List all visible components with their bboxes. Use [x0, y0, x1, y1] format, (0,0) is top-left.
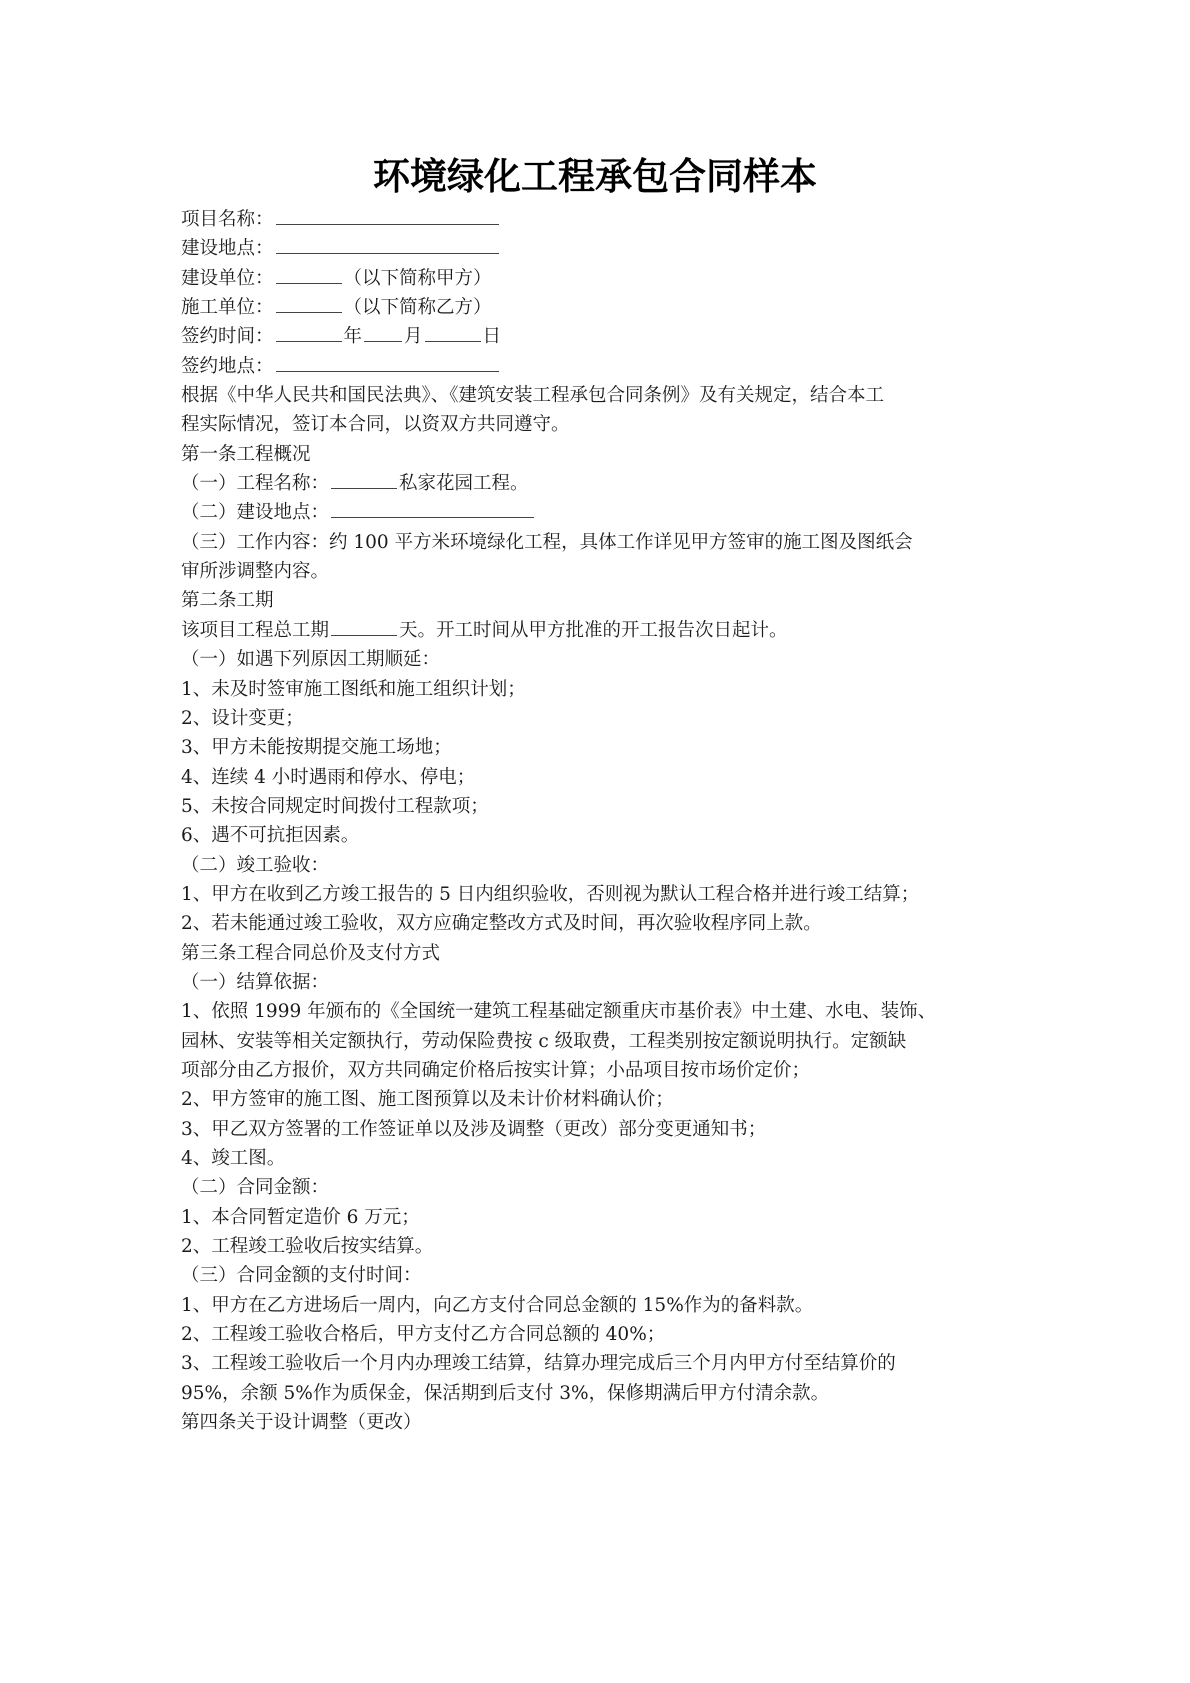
- field-sign-date: 签约时间：年月日: [181, 322, 1021, 351]
- list-item: 4、竣工图。: [181, 1144, 1021, 1173]
- blank-duration[interactable]: [331, 617, 397, 636]
- field-contractor-unit: 施工单位：（以下简称乙方）: [181, 293, 1021, 322]
- list-item: 2、工程竣工验收后按实结算。: [181, 1232, 1021, 1261]
- sub-heading: （一）如遇下列原因工期顺延：: [181, 645, 1021, 674]
- blank-year[interactable]: [276, 323, 342, 342]
- field-construction-site: 建设地点：: [181, 234, 1021, 263]
- field-client-unit: 建设单位：（以下简称甲方）: [181, 264, 1021, 293]
- document-body: 项目名称： 建设地点： 建设单位：（以下简称甲方） 施工单位：（以下简称乙方） …: [181, 205, 1021, 1437]
- list-item: 6、遇不可抗拒因素。: [181, 821, 1021, 850]
- list-item: 1、本合同暂定造价 6 万元；: [181, 1203, 1021, 1232]
- field-sign-place: 签约地点：: [181, 352, 1021, 381]
- field-label: 建设地点：: [181, 238, 274, 259]
- list-item: 1、甲方在收到乙方竣工报告的 5 日内组织验收，否则视为默认工程合格并进行竣工结…: [181, 880, 1021, 909]
- document-title: 环境绿化工程承包合同样本: [0, 152, 1190, 202]
- blank-sign-place[interactable]: [276, 353, 499, 372]
- list-item: 2、设计变更；: [181, 704, 1021, 733]
- article-heading: 第三条工程合同总价及支付方式: [181, 939, 1021, 968]
- duration-prefix: 该项目工程总工期: [181, 620, 329, 641]
- duration-line: 该项目工程总工期天。开工时间从甲方批准的开工报告次日起计。: [181, 616, 1021, 645]
- field-label: 建设单位：: [181, 268, 274, 289]
- list-item: 1、依照 1999 年颁布的《全国统一建筑工程基础定额重庆市基价表》中土建、水电…: [181, 997, 1021, 1026]
- blank-contractor-unit[interactable]: [276, 294, 342, 313]
- sub-heading: （一）结算依据：: [181, 968, 1021, 997]
- list-item: 95%，余额 5%作为质保金，保活期到后支付 3%，保修期满后甲方付清余款。: [181, 1379, 1021, 1408]
- item-label: （二）建设地点：: [181, 502, 329, 523]
- list-item: 2、工程竣工验收合格后，甲方支付乙方合同总额的 40%；: [181, 1320, 1021, 1349]
- list-item: 园林、安装等相关定额执行，劳动保险费按 c 级取费，工程类别按定额说明执行。定额…: [181, 1027, 1021, 1056]
- blank-client-unit[interactable]: [276, 265, 342, 284]
- field-suffix: （以下简称甲方）: [344, 268, 492, 289]
- blank-project-name[interactable]: [276, 206, 499, 225]
- article-heading: 第一条工程概况: [181, 440, 1021, 469]
- blank-project-name-item[interactable]: [331, 470, 397, 489]
- sub-heading: （三）合同金额的支付时间：: [181, 1261, 1021, 1290]
- blank-month[interactable]: [364, 323, 402, 342]
- document-page: 环境绿化工程承包合同样本 项目名称： 建设地点： 建设单位：（以下简称甲方） 施…: [0, 0, 1190, 1683]
- preamble-line: 程实际情况，签订本合同，以资双方共同遵守。: [181, 410, 1021, 439]
- list-item: 3、甲乙双方签署的工作签证单以及涉及调整（更改）部分变更通知书；: [181, 1115, 1021, 1144]
- blank-day[interactable]: [425, 323, 481, 342]
- work-content-line: （三）工作内容：约 100 平方米环境绿化工程，具体工作详见甲方签审的施工图及图…: [181, 528, 1021, 557]
- item-value: 私家花园工程。: [399, 473, 529, 494]
- field-label: 签约地点：: [181, 356, 274, 377]
- duration-suffix: 天。开工时间从甲方批准的开工报告次日起计。: [399, 620, 788, 641]
- field-project-name: 项目名称：: [181, 205, 1021, 234]
- list-item: 4、连续 4 小时遇雨和停水、停电；: [181, 763, 1021, 792]
- list-item: 项部分由乙方报价，双方共同确定价格后按实计算；小品项目按市场价定价；: [181, 1056, 1021, 1085]
- list-item: 1、甲方在乙方进场后一周内，向乙方支付合同总金额的 15%作为的备料款。: [181, 1291, 1021, 1320]
- blank-construction-site[interactable]: [276, 235, 499, 254]
- sub-heading: （二）合同金额：: [181, 1173, 1021, 1202]
- field-label: 项目名称：: [181, 209, 274, 230]
- preamble-line: 根据《中华人民共和国民法典》、《建筑安装工程承包合同条例》及有关规定，结合本工: [181, 381, 1021, 410]
- article-heading: 第二条工期: [181, 586, 1021, 615]
- site-item: （二）建设地点：: [181, 498, 1021, 527]
- list-item: 1、未及时签审施工图纸和施工组织计划；: [181, 675, 1021, 704]
- list-item: 5、未按合同规定时间拨付工程款项；: [181, 792, 1021, 821]
- sub-heading: （二）竣工验收：: [181, 851, 1021, 880]
- article-heading: 第四条关于设计调整（更改）: [181, 1408, 1021, 1437]
- work-content-line: 审所涉调整内容。: [181, 557, 1021, 586]
- list-item: 2、甲方签审的施工图、施工图预算以及未计价材料确认价；: [181, 1085, 1021, 1114]
- field-label: 签约时间：: [181, 326, 274, 347]
- day-label: 日: [483, 326, 502, 347]
- item-label: （一）工程名称：: [181, 473, 329, 494]
- list-item: 2、若未能通过竣工验收，双方应确定整改方式及时间，再次验收程序同上款。: [181, 909, 1021, 938]
- blank-site-item[interactable]: [331, 499, 534, 518]
- list-item: 3、甲方未能按期提交施工场地；: [181, 733, 1021, 762]
- list-item: 3、工程竣工验收后一个月内办理竣工结算，结算办理完成后三个月内甲方付至结算价的: [181, 1349, 1021, 1378]
- month-label: 月: [404, 326, 423, 347]
- field-label: 施工单位：: [181, 297, 274, 318]
- field-suffix: （以下简称乙方）: [344, 297, 492, 318]
- project-name-item: （一）工程名称：私家花园工程。: [181, 469, 1021, 498]
- year-label: 年: [344, 326, 363, 347]
